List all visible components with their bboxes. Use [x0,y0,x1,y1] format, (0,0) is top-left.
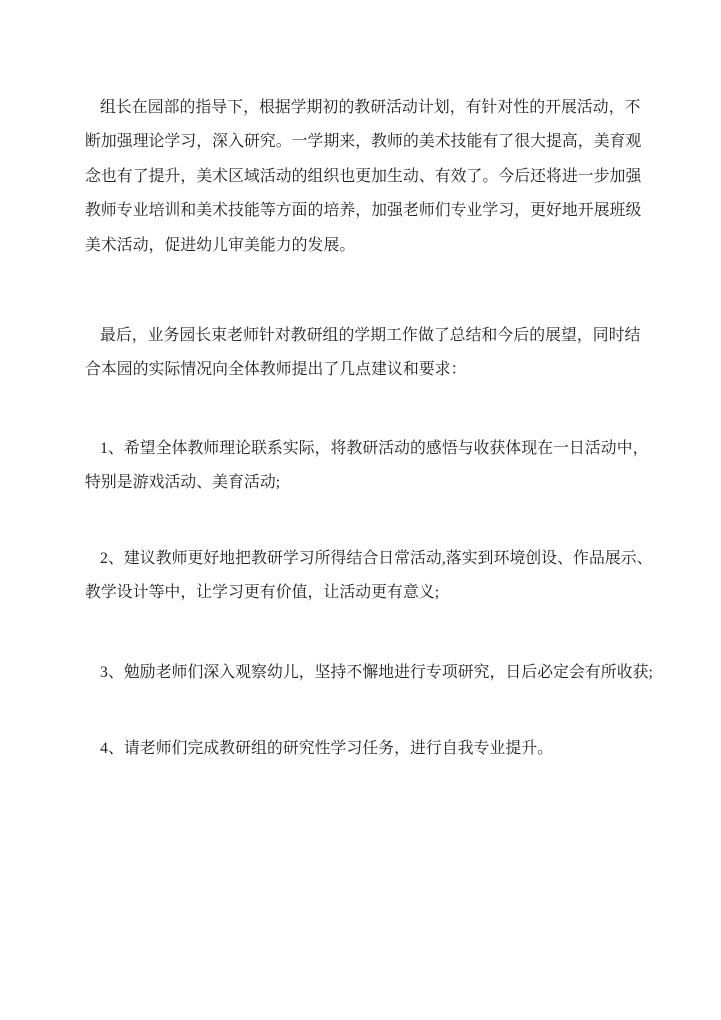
paragraph-suggestion-2: 2、建议教师更好地把教研学习所得结合日常活动,落实到环境创设、作品展示、 教学设… [85,542,640,611]
text-line: 合本园的实际情况向全体教师提出了几点建议和要求： [85,353,640,387]
text-line: 念也有了提升，美术区域活动的组织也更加生动、有效了。今后还将进一步加强 [85,160,640,194]
text-line: 1、希望全体教师理论联系实际，将教研活动的感悟与收获体现在一日活动中， [85,432,640,466]
paragraph-summary: 组长在园部的指导下，根据学期初的教研活动计划，有针对性的开展活动，不 断加强理论… [85,91,640,263]
text-line: 教学设计等中，让学习更有价值，让活动更有意义; [85,576,640,610]
text-line: 特别是游戏活动、美育活动; [85,466,640,500]
text-line: 2、建议教师更好地把教研学习所得结合日常活动,落实到环境创设、作品展示、 [85,542,640,576]
text-line: 4、请老师们完成教研组的研究性学习任务，进行自我专业提升。 [85,732,640,766]
paragraph-director-remarks: 最后，业务园长束老师针对教研组的学期工作做了总结和今后的展望，同时结 合本园的实… [85,319,640,388]
text-line: 最后，业务园长束老师针对教研组的学期工作做了总结和今后的展望，同时结 [85,319,640,353]
text-line: 教师专业培训和美术技能等方面的培养，加强老师们专业学习，更好地开展班级 [85,194,640,228]
paragraph-suggestion-3: 3、勉励老师们深入观察幼儿，坚持不懈地进行专项研究，日后必定会有所收获; [85,656,640,690]
text-line: 断加强理论学习，深入研究。一学期来，教师的美术技能有了很大提高，美育观 [85,125,640,159]
text-line: 美术活动，促进幼儿审美能力的发展。 [85,229,640,263]
text-line: 3、勉励老师们深入观察幼儿，坚持不懈地进行专项研究，日后必定会有所收获; [85,656,640,690]
paragraph-suggestion-1: 1、希望全体教师理论联系实际，将教研活动的感悟与收获体现在一日活动中， 特别是游… [85,432,640,501]
paragraph-suggestion-4: 4、请老师们完成教研组的研究性学习任务，进行自我专业提升。 [85,732,640,766]
document-body: 组长在园部的指导下，根据学期初的教研活动计划，有针对性的开展活动，不 断加强理论… [0,0,640,766]
text-line: 组长在园部的指导下，根据学期初的教研活动计划，有针对性的开展活动，不 [85,91,640,125]
